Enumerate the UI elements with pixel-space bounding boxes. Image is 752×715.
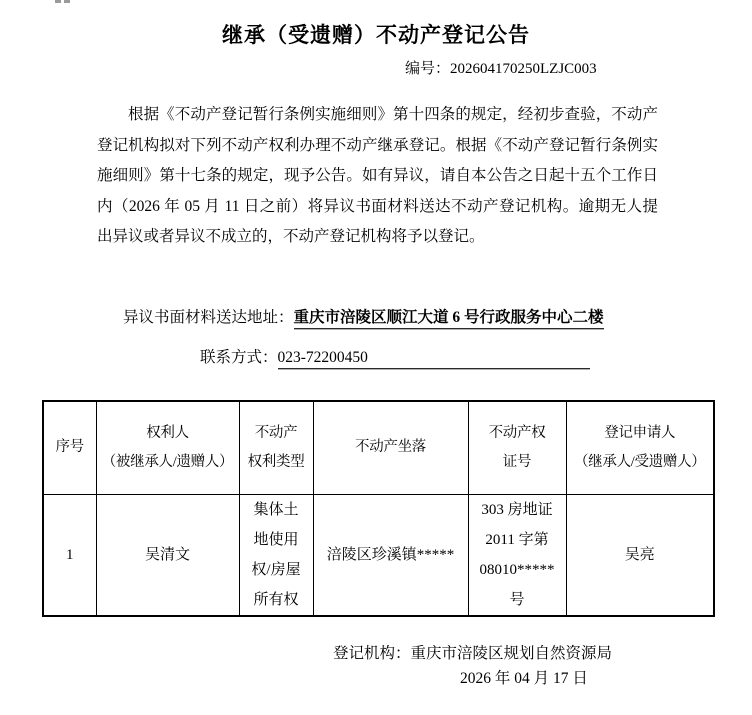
screen-edge-artifact	[64, 0, 70, 3]
cell-rights-holder: 吴清文	[96, 494, 239, 616]
cell-registration-applicant: 吴亮	[566, 494, 714, 616]
screen-edge-artifact	[55, 0, 61, 3]
table-data-row: 1 吴清文 集体土 地使用 权/房屋 所有权 涪陵区珍溪镇***** 303 房…	[43, 494, 714, 616]
header-seq-number: 序号	[43, 401, 96, 494]
inheritance-registration-notice: 继承（受遗赠）不动产登记公告 编号：202604170250LZJC003 根据…	[0, 0, 752, 715]
cell-certificate-number: 303 房地证 2011 字第 08010***** 号	[468, 494, 566, 616]
header-certificate-number: 不动产权 证号	[468, 401, 566, 494]
header-rights-holder: 权利人 （被继承人/遗赠人）	[96, 401, 239, 494]
page-title: 继承（受遗赠）不动产登记公告	[0, 19, 752, 49]
table-header-row: 序号 权利人 （被继承人/遗赠人） 不动产 权利类型 不动产坐落 不动产权 证号…	[43, 401, 714, 494]
notice-body-paragraph: 根据《不动产登记暂行条例实施细则》第十四条的规定，经初步查验，不动产登记机构拟对…	[97, 100, 658, 253]
contact-label: 联系方式：	[200, 349, 278, 366]
doc-number-label: 编号：	[405, 61, 450, 77]
cell-right-type: 集体土 地使用 权/房屋 所有权	[239, 494, 313, 616]
notice-date: 2026 年 04 月 17 日	[460, 666, 588, 688]
doc-number-value: 202604170250LZJC003	[450, 61, 597, 77]
header-property-location: 不动产坐落	[313, 401, 468, 494]
registration-table: 序号 权利人 （被继承人/遗赠人） 不动产 权利类型 不动产坐落 不动产权 证号…	[42, 400, 715, 617]
header-registration-applicant: 登记申请人 （继承人/受遗赠人）	[566, 401, 714, 494]
objection-delivery-address-label: 异议书面材料送达地址：	[123, 309, 294, 326]
doc-number-line: 编号：202604170250LZJC003	[405, 57, 597, 78]
header-right-type: 不动产 权利类型	[239, 401, 313, 494]
objection-delivery-address-line: 异议书面材料送达地址：重庆市涪陵区顺江大道 6 号行政服务中心二楼	[123, 305, 604, 329]
contact-value: 023-72200450	[278, 349, 590, 369]
cell-property-location: 涪陵区珍溪镇*****	[313, 494, 468, 616]
cell-seq-number: 1	[43, 494, 96, 616]
registration-agency: 登记机构：重庆市涪陵区规划自然资源局	[333, 641, 612, 663]
objection-delivery-address-value: 重庆市涪陵区顺江大道 6 号行政服务中心二楼	[294, 305, 604, 329]
contact-line: 联系方式：023-72200450	[200, 345, 590, 369]
